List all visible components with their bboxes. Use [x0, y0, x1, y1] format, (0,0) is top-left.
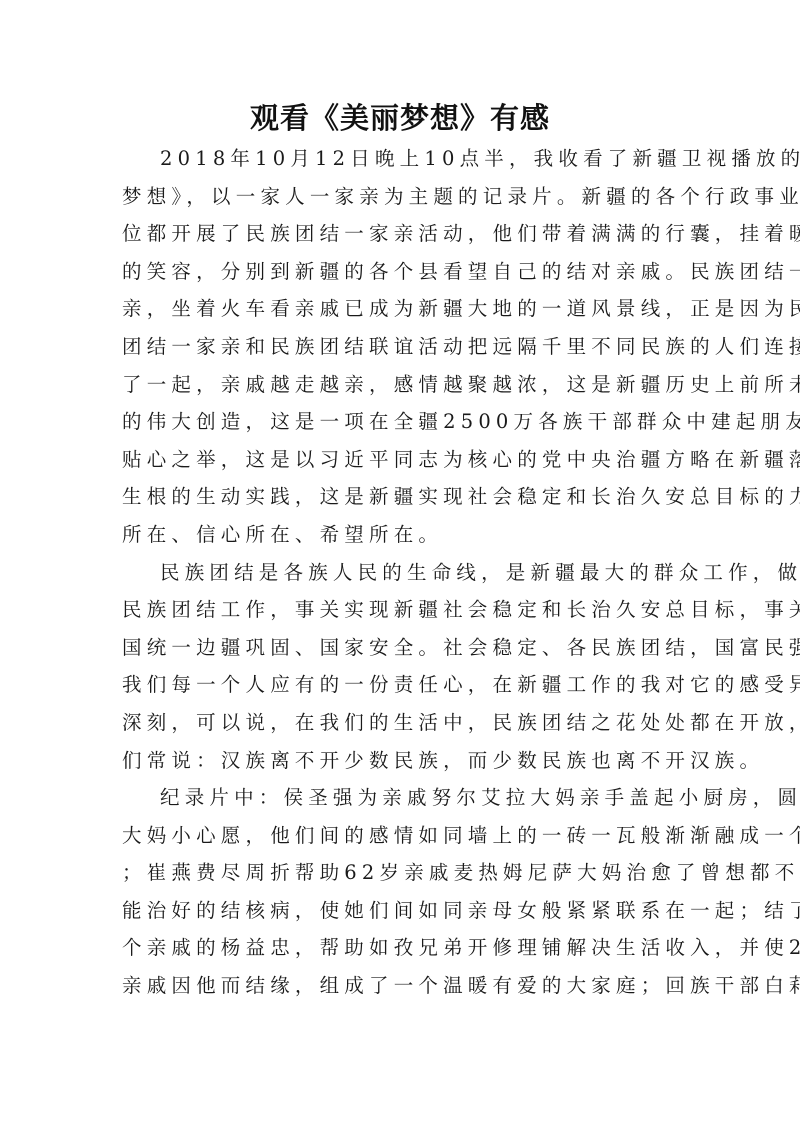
body-line: 个亲戚的杨益忠，帮助如孜兄弟开修理铺解决生活收入，并使22个 [122, 929, 682, 967]
body-line: 团结一家亲和民族团结联谊活动把远隔千里不同民族的人们连接在 [122, 328, 682, 366]
document-page: 观看《美丽梦想》有感 2018年10月12日晚上10点半，我收看了新疆卫视播放的… [0, 0, 800, 1132]
body-line: 纪录片中：侯圣强为亲戚努尔艾拉大妈亲手盖起小厨房，圆了 [122, 779, 682, 817]
document-body: 2018年10月12日晚上10点半，我收看了新疆卫视播放的《美丽 梦想》，以一家… [122, 140, 682, 1005]
body-line: 我们每一个人应有的一份责任心，在新疆工作的我对它的感受异常 [122, 666, 682, 704]
body-line: 位都开展了民族团结一家亲活动，他们带着满满的行囊，挂着暖暖 [122, 215, 682, 253]
body-line: 们常说：汉族离不开少数民族，而少数民族也离不开汉族。 [122, 742, 682, 780]
body-line: 了一起，亲戚越走越亲，感情越聚越浓，这是新疆历史上前所未有 [122, 366, 682, 404]
body-line: 2018年10月12日晚上10点半，我收看了新疆卫视播放的《美丽 [122, 140, 682, 178]
body-line: 能治好的结核病，使她们间如同亲母女般紧紧联系在一起；结了22 [122, 892, 682, 930]
body-line: 所在、信心所在、希望所在。 [122, 516, 682, 554]
body-line: 国统一边疆巩固、国家安全。社会稳定、各民族团结，国富民强是 [122, 629, 682, 667]
body-line: 的伟大创造，这是一项在全疆2500万各族干部群众中建起朋友圈的 [122, 403, 682, 441]
body-line: ；崔燕费尽周折帮助62岁亲戚麦热姆尼萨大妈治愈了曾想都不敢想 [122, 854, 682, 892]
document-title: 观看《美丽梦想》有感 [0, 98, 800, 138]
body-line: 民族团结工作，事关实现新疆社会稳定和长治久安总目标，事关祖 [122, 591, 682, 629]
body-line: 深刻，可以说，在我们的生活中，民族团结之花处处都在开放，人 [122, 704, 682, 742]
body-line: 贴心之举，这是以习近平同志为核心的党中央治疆方略在新疆落地 [122, 441, 682, 479]
body-line: 生根的生动实践，这是新疆实现社会稳定和长治久安总目标的力量 [122, 478, 682, 516]
body-line: 大妈小心愿，他们间的感情如同墙上的一砖一瓦般渐渐融成一个家 [122, 817, 682, 855]
body-line: 梦想》，以一家人一家亲为主题的记录片。新疆的各个行政事业单 [122, 178, 682, 216]
body-line: 的笑容，分别到新疆的各个县看望自己的结对亲戚。民族团结一家 [122, 253, 682, 291]
body-line: 亲，坐着火车看亲戚已成为新疆大地的一道风景线，正是因为民族 [122, 290, 682, 328]
body-line: 亲戚因他而结缘，组成了一个温暖有爱的大家庭；回族干部白莉主 [122, 967, 682, 1005]
body-line: 民族团结是各族人民的生命线，是新疆最大的群众工作，做好 [122, 554, 682, 592]
